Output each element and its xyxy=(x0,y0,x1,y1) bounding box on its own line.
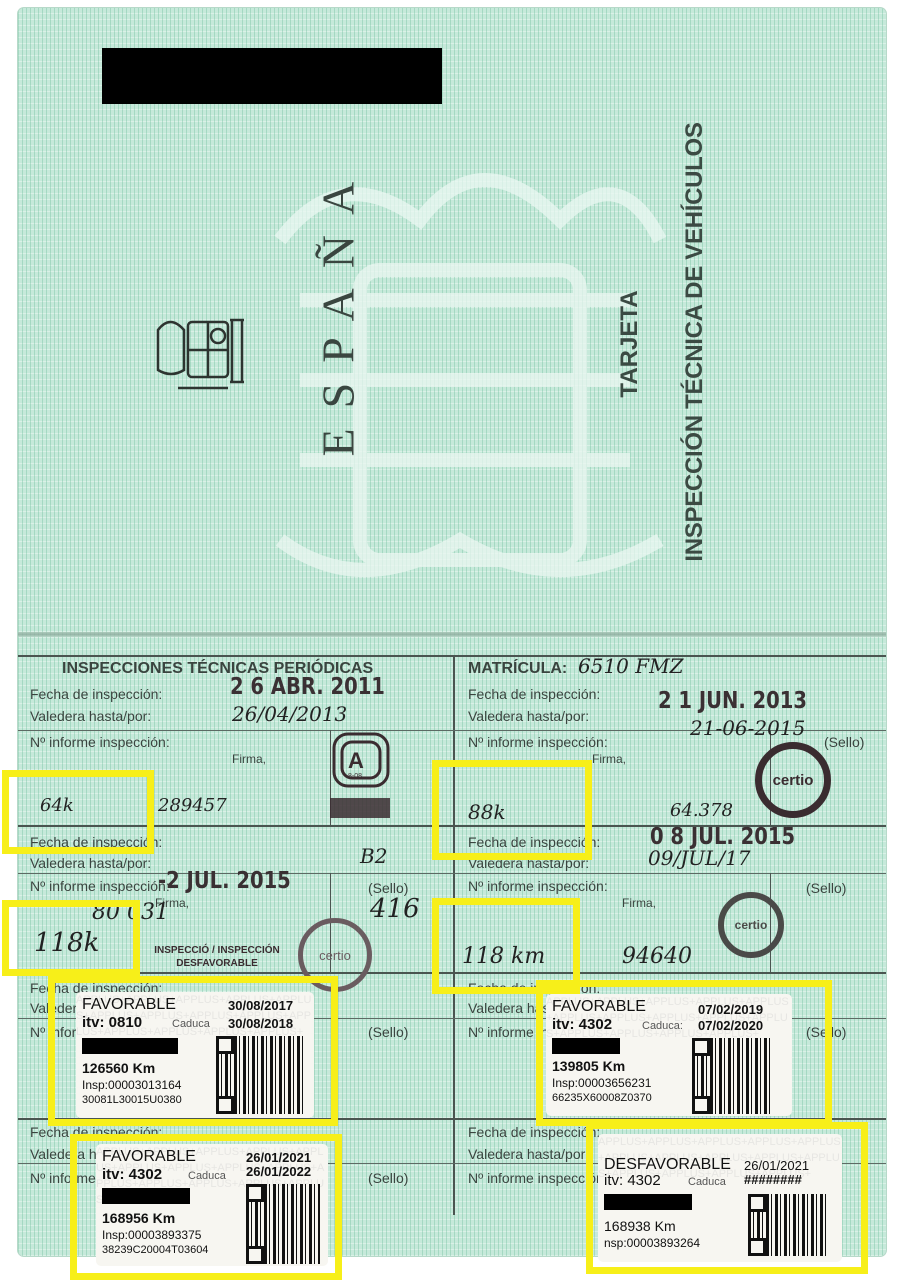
inspection-stamp-date: 2 6 ABR. 2011 xyxy=(230,674,385,700)
report-number: 64.378 xyxy=(670,800,733,821)
valid-until: 21-06-2015 xyxy=(690,716,805,740)
unfavorable-stamp: INSPECCIÓ / INSPECCIÓN DESFAVORABLE xyxy=(142,944,292,970)
certio-label: certio xyxy=(735,918,768,932)
report-number: 289457 xyxy=(158,795,227,816)
highlight-box xyxy=(2,900,140,976)
country-name: ESPAÑA xyxy=(312,257,365,457)
label-valedera: Valedera hasta/por: xyxy=(468,1146,589,1162)
certio-label: certio xyxy=(319,948,351,963)
highlight-box xyxy=(586,1122,868,1274)
svg-text:A: A xyxy=(348,748,364,773)
cover-title-itv: INSPECCIÓN TÉCNICA DE VEHÍCULOS xyxy=(681,112,709,572)
matricula-value: 6510 FMZ xyxy=(578,654,684,678)
highlight-box xyxy=(536,980,832,1126)
highlight-box xyxy=(70,1134,342,1280)
label-sello: (Sello) xyxy=(806,880,846,896)
inspection-stamp-date: -2 JUL. 2015 xyxy=(158,868,291,894)
label-valedera: Valedera hasta/por: xyxy=(30,855,151,871)
label-valedera: Valedera hasta/por: xyxy=(30,708,151,724)
certio-seal-icon: certio xyxy=(755,742,831,818)
spain-emblem-icon xyxy=(150,310,250,400)
field-rule xyxy=(18,873,886,874)
label-informe: Nº informe inspección: xyxy=(30,734,170,750)
label-informe: Nº informe inspección: xyxy=(468,734,608,750)
table-top-rule xyxy=(18,655,886,657)
initials: B2 xyxy=(360,844,387,868)
handwritten-number: 416 xyxy=(370,894,420,924)
label-sello: (Sello) xyxy=(368,1024,408,1040)
certio-seal-icon: certio xyxy=(718,892,784,958)
label-sello: (Sello) xyxy=(368,1170,408,1186)
valid-until: 09/JUL/17 xyxy=(648,846,751,870)
label-firma: Firma, xyxy=(622,896,656,910)
highlight-box xyxy=(2,770,154,854)
highlight-box xyxy=(48,976,338,1126)
label-valedera: Valedera hasta/por: xyxy=(468,708,589,724)
label-informe: Nº informe inspección: xyxy=(468,878,608,894)
card-fold xyxy=(18,632,886,637)
label-firma: Firma, xyxy=(592,752,626,766)
redacted-name xyxy=(102,48,442,104)
svg-text:8-08: 8-08 xyxy=(348,773,362,780)
highlight-box xyxy=(432,760,592,860)
label-firma: Firma, xyxy=(232,752,266,766)
cover-title-tarjeta: TARJETA xyxy=(616,244,644,444)
itv-a-stamp-icon: A 8-08 xyxy=(328,728,394,824)
label-informe: Nº informe inspección: xyxy=(30,878,170,894)
label-fecha: Fecha de inspección: xyxy=(468,1124,600,1140)
matricula-label: MATRÍCULA: xyxy=(468,660,567,678)
label-sello: (Sello) xyxy=(824,734,864,750)
certio-label: certio xyxy=(773,772,814,789)
label-fecha: Fecha de inspección: xyxy=(30,686,162,702)
inspection-stamp-date: 2 1 JUN. 2013 xyxy=(658,688,807,714)
label-fecha: Fecha de inspección: xyxy=(468,686,600,702)
valid-until: 26/04/2013 xyxy=(232,702,347,726)
report-number: 94640 xyxy=(622,944,692,969)
